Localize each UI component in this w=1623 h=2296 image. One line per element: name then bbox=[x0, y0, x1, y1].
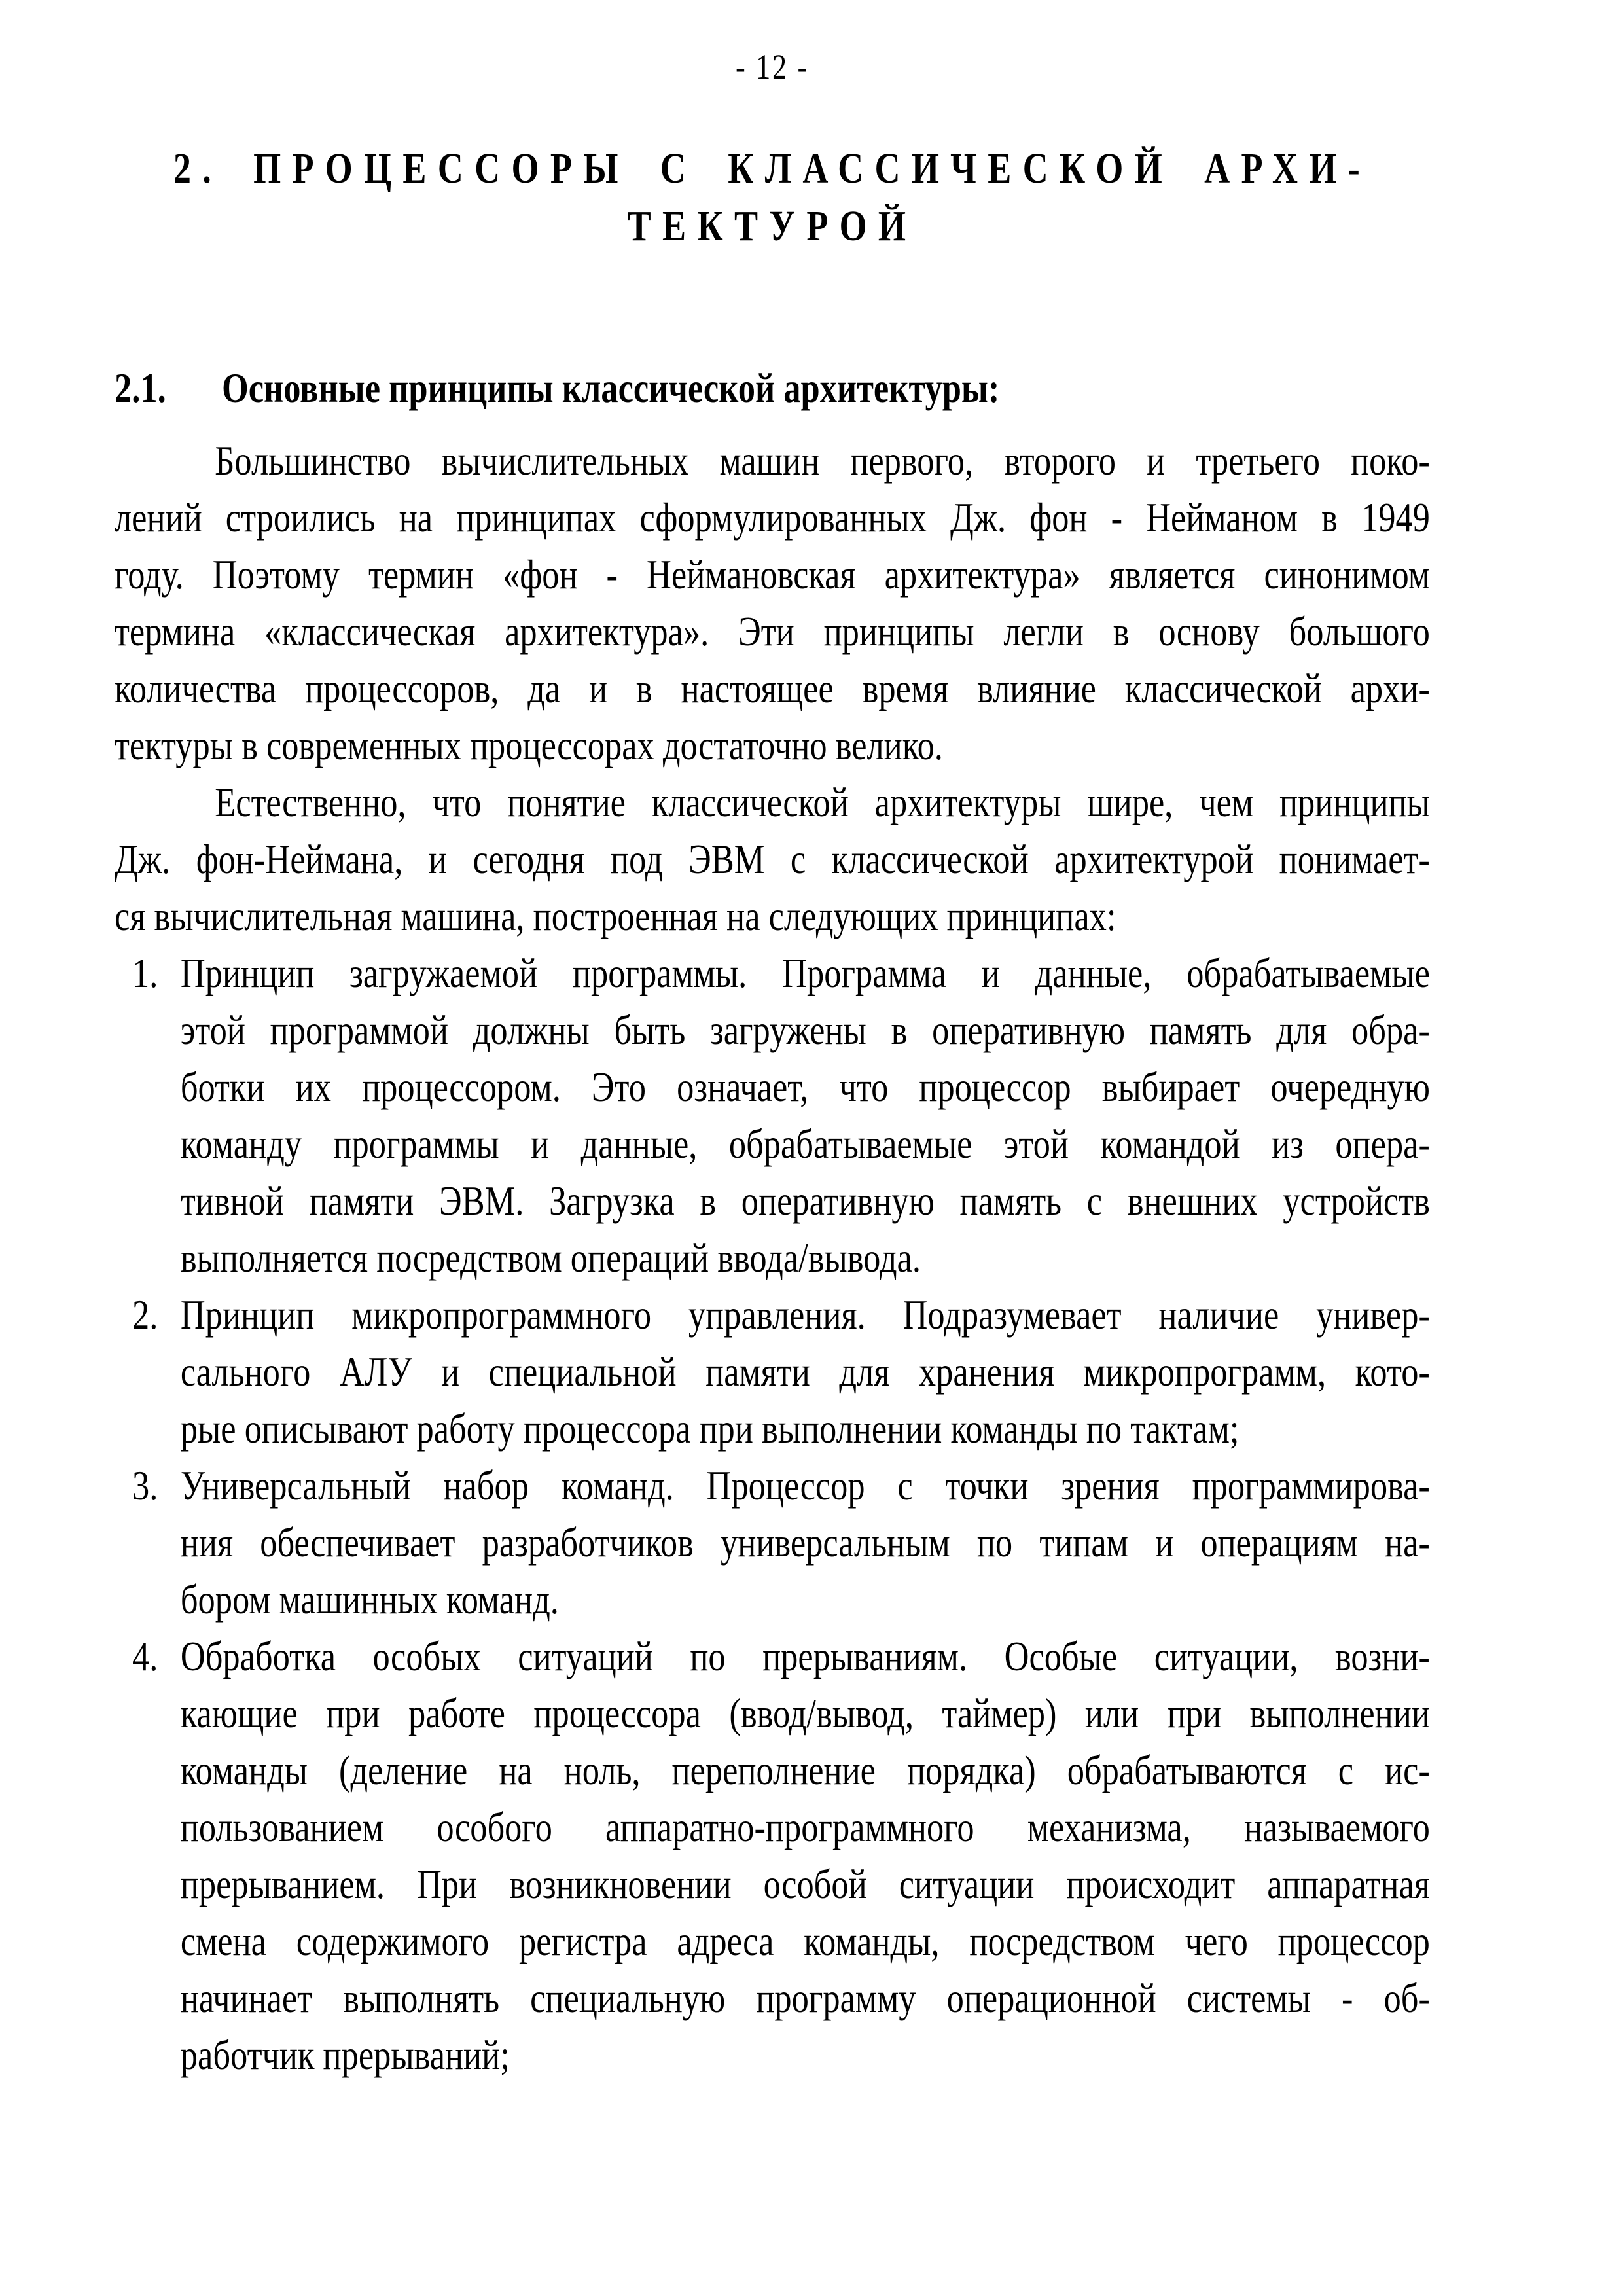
list-item-line: сального АЛУ и специальной памяти для хр… bbox=[181, 1343, 1430, 1400]
document-page: - 12 - 2. ПРОЦЕССОРЫ С КЛАССИЧЕСКОЙ АРХИ… bbox=[0, 0, 1623, 2296]
paragraph-line: году. Поэтому термин «фон - Неймановская… bbox=[115, 546, 1430, 603]
body-text: Большинство вычислительных машин первого… bbox=[115, 432, 1430, 2083]
list-item-line: тивной памяти ЭВМ. Загрузка в оперативну… bbox=[181, 1172, 1430, 1229]
paragraph-line: тектуры в современных процессорах достат… bbox=[115, 717, 1430, 774]
list-item-line: кающие при работе процессора (ввод/вывод… bbox=[181, 1685, 1430, 1742]
chapter-heading-line2: ТЕКТУРОЙ bbox=[115, 198, 1430, 255]
list-item-number: 3. bbox=[132, 1457, 181, 1514]
list-item-number: 1. bbox=[132, 944, 181, 1001]
section-heading: 2.1.Основные принципы классической архит… bbox=[115, 359, 1430, 418]
list-item-number: 4. bbox=[132, 1628, 181, 1685]
page-content: - 12 - 2. ПРОЦЕССОРЫ С КЛАССИЧЕСКОЙ АРХИ… bbox=[115, 47, 1430, 2083]
paragraph-line: термина «классическая архитектура». Эти … bbox=[115, 603, 1430, 660]
chapter-heading: 2. ПРОЦЕССОРЫ С КЛАССИЧЕСКОЙ АРХИ- ТЕКТУ… bbox=[115, 140, 1430, 255]
list-item-text: Обработка особых ситуаций по прерываниям… bbox=[181, 1633, 1430, 1679]
list-item-first-line: 3.Универсальный набор команд. Процессор … bbox=[115, 1457, 1430, 1514]
list-item-line: команды (деление на ноль, переполнение п… bbox=[181, 1742, 1430, 1799]
section-number: 2.1. bbox=[115, 359, 222, 418]
list-item-first-line: 2.Принцип микропрограммного управления. … bbox=[115, 1286, 1430, 1343]
paragraph-line: Большинство вычислительных машин первого… bbox=[115, 432, 1430, 489]
chapter-heading-line1: 2. ПРОЦЕССОРЫ С КЛАССИЧЕСКОЙ АРХИ- bbox=[115, 140, 1430, 198]
paragraph-line: Дж. фон-Неймана, и сегодня под ЭВМ с кла… bbox=[115, 831, 1430, 888]
paragraph-line: лений строились на принципах сформулиров… bbox=[115, 489, 1430, 546]
list-item-line: работчик прерываний; bbox=[181, 2026, 1430, 2083]
list-item-line: бором машинных команд. bbox=[181, 1571, 1430, 1628]
list-item-text: Универсальный набор команд. Процессор с … bbox=[181, 1462, 1430, 1509]
list-item-first-line: 4.Обработка особых ситуаций по прерывани… bbox=[115, 1628, 1430, 1685]
list-item-line: ботки их процессором. Это означает, что … bbox=[181, 1058, 1430, 1115]
list-item-line: прерыванием. При возникновении особой си… bbox=[181, 1856, 1430, 1912]
paragraph-line: количества процессоров, да и в настоящее… bbox=[115, 660, 1430, 717]
list-item-line: смена содержимого регистра адреса команд… bbox=[181, 1912, 1430, 1969]
list-item-line: ния обеспечивает разработчиков универсал… bbox=[181, 1514, 1430, 1571]
section-title: Основные принципы классической архитекту… bbox=[222, 365, 999, 411]
list-item-line: этой программой должны быть загружены в … bbox=[181, 1001, 1430, 1058]
paragraph-line: Естественно, что понятие классической ар… bbox=[115, 774, 1430, 831]
list-item-line: пользованием особого аппаратно-программн… bbox=[181, 1799, 1430, 1856]
list-item-text: Принцип загружаемой программы. Программа… bbox=[181, 950, 1430, 996]
paragraph-line: ся вычислительная машина, построенная на… bbox=[115, 888, 1430, 944]
list-item-text: Принцип микропрограммного управления. По… bbox=[181, 1291, 1430, 1338]
list-item-line: рые описывают работу процессора при выпо… bbox=[181, 1400, 1430, 1457]
list-item-line: начинает выполнять специальную программу… bbox=[181, 1969, 1430, 2026]
page-number: - 12 - bbox=[115, 47, 1430, 86]
list-item-line: команду программы и данные, обрабатываем… bbox=[181, 1115, 1430, 1172]
list-item-line: выполняется посредством операций ввода/в… bbox=[181, 1229, 1430, 1286]
list-item-first-line: 1.Принцип загружаемой программы. Програм… bbox=[115, 944, 1430, 1001]
list-item-number: 2. bbox=[132, 1286, 181, 1343]
